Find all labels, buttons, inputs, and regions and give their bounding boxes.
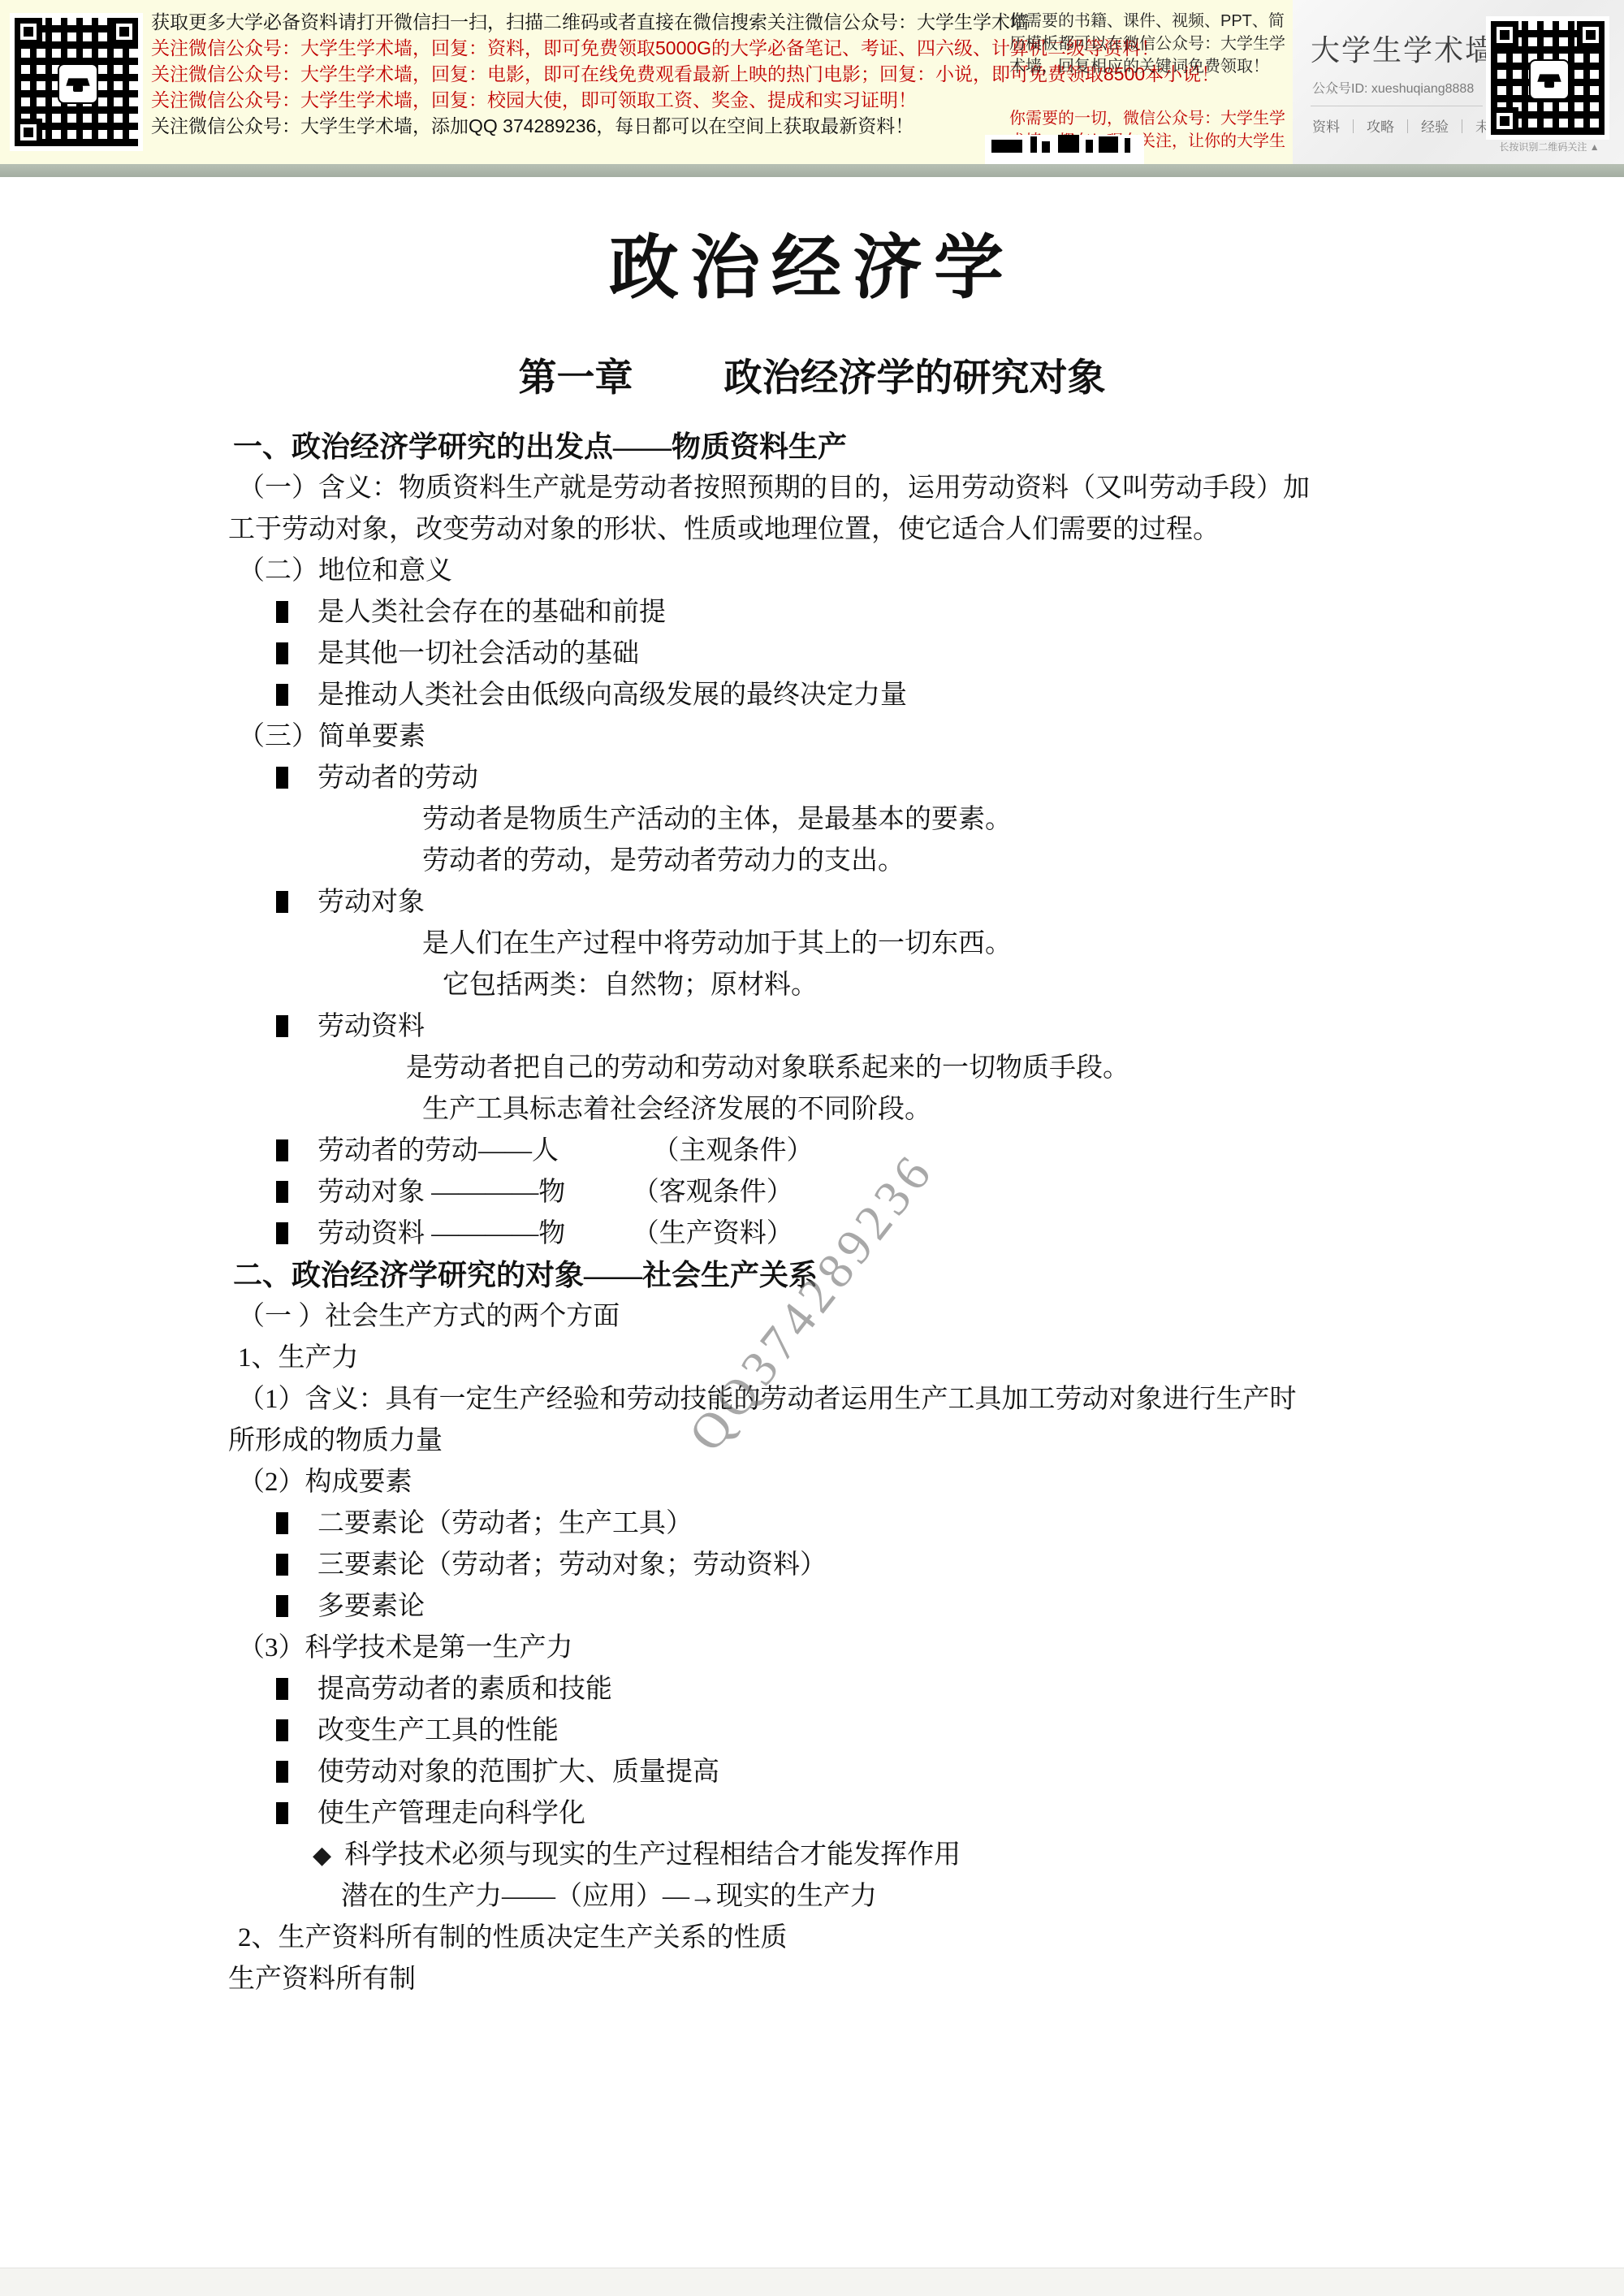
doc-line: （1）含义：具有一定生产经验和劳动技能的劳动者运用生产工具加工劳动对象进行生产时 (238, 1379, 1624, 1420)
doc-line: 一、政治经济学研究的出发点——物质资料生产 (233, 426, 1624, 468)
bullet-square-icon (276, 684, 288, 706)
doc-line-text: 所形成的物质力量 (228, 1426, 443, 1455)
card-footer-items: 资料｜攻略｜经验｜未来 (1312, 115, 1503, 136)
ad-banner: 获取更多大学必备资料请打开微信扫一扫，扫描二维码或者直接在微信搜索关注微信公众号… (0, 0, 1624, 164)
doc-line: （三）简单要素 (238, 716, 1624, 758)
doc-line-text: （二）地位和意义 (238, 556, 452, 586)
doc-line-text: （一）含义：物质资料生产就是劳动者按照预期的目的，运用劳动资料（又叫劳动手段）加 (238, 473, 1310, 503)
bullet-square-icon (276, 1554, 288, 1576)
doc-line-text: 劳动对象 (317, 888, 425, 917)
doc-line-text: 一、政治经济学研究的出发点——物质资料生产 (233, 430, 847, 463)
doc-line: 多要素论 (276, 1586, 1624, 1628)
doc-line-text: 劳动者的劳动，是劳动者劳动力的支出。 (422, 846, 905, 876)
doc-line-text: 是人类社会存在的基础和前提 (317, 598, 666, 627)
doc-line-text: 劳动资料 ————物 （生产资料） (317, 1219, 793, 1248)
doc-line: 是人们在生产过程中将劳动加于其上的一切东西。 (422, 923, 1624, 965)
bullet-square-icon (276, 1015, 288, 1037)
banner-line: 关注微信公众号：大学生学术墙，添加QQ 374289236，每日都可以在空间上获… (151, 113, 736, 139)
bullet-square-icon (276, 1139, 288, 1161)
doc-line-text: 提高劳动者的素质和技能 (317, 1675, 612, 1704)
chapter-number: 第一章 (519, 357, 633, 400)
bullet-square-icon (276, 1595, 288, 1617)
doc-line: 所形成的物质力量 (228, 1420, 1624, 1462)
doc-line-text: 三要素论（劳动者；劳动对象；劳动资料） (317, 1550, 827, 1580)
document-body: 一、政治经济学研究的出发点——物质资料生产（一）含义：物质资料生产就是劳动者按照… (0, 426, 1624, 2000)
card-divider (1311, 106, 1483, 106)
doc-line: （一）含义：物质资料生产就是劳动者按照预期的目的，运用劳动资料（又叫劳动手段）加 (238, 468, 1624, 509)
bullet-square-icon (276, 891, 288, 913)
doc-line-text: 2、生产资料所有制的性质决定生产关系的性质 (238, 1923, 788, 1952)
doc-line-text: 生产工具标志着社会经济发展的不同阶段。 (422, 1095, 931, 1124)
left-qr-code (10, 13, 143, 151)
doc-line-text: （一 ）社会生产方式的两个方面 (238, 1302, 620, 1331)
diamond-bullet-icon: ◆ (313, 1835, 331, 1876)
banner-middle-paragraph: 你需要的书籍、课件、视频、PPT、简历模板都可以在微信公众号：大学生学术墙，回复… (1009, 10, 1289, 78)
doc-line: 它包括两类：自然物；原材料。 (443, 965, 1624, 1006)
doc-line: 二要素论（劳动者；生产工具） (276, 1503, 1624, 1545)
doc-line-text: 劳动者的劳动——人 （主观条件） (317, 1136, 814, 1165)
graduation-cap-logo-icon (58, 63, 98, 104)
chapter-heading: 第一章政治经济学的研究对象 (0, 348, 1624, 402)
footer-item: 资料 (1312, 119, 1340, 135)
doc-line-text: 是其他一切社会活动的基础 (317, 639, 639, 668)
doc-line-text: （3）科学技术是第一生产力 (238, 1633, 573, 1663)
doc-line-text: （2）构成要素 (238, 1468, 412, 1497)
doc-line-text: 科学技术必须与现实的生产过程相结合才能发挥作用 (344, 1840, 961, 1870)
doc-line-text: 劳动资料 (317, 1012, 425, 1041)
footer-separator: ｜ (1340, 119, 1367, 135)
doc-line: 1、生产力 (238, 1338, 1624, 1379)
doc-line-text: （三）简单要素 (238, 722, 425, 751)
doc-line: 潜在的生产力——（应用）—→现实的生产力 (341, 1876, 1624, 1918)
doc-line: 提高劳动者的素质和技能 (276, 1669, 1624, 1710)
doc-line-text: 劳动者的劳动 (317, 763, 478, 793)
bullet-square-icon (276, 1222, 288, 1244)
doc-line: 使生产管理走向科学化 (276, 1793, 1624, 1835)
qr-pattern-icon (1491, 21, 1605, 135)
doc-line: 劳动对象 (276, 882, 1624, 923)
bullet-square-icon (276, 1678, 288, 1700)
doc-line: 三要素论（劳动者；劳动对象；劳动资料） (276, 1545, 1624, 1586)
doc-line-text: 是劳动者把自己的劳动和劳动对象联系起来的一切物质手段。 (406, 1053, 1129, 1083)
qr-pattern-icon (15, 18, 138, 146)
doc-line-text: 工于劳动对象，改变劳动对象的形状、性质或地理位置，使它适合人们需要的过程。 (228, 515, 1220, 544)
doc-line: 是劳动者把自己的劳动和劳动对象联系起来的一切物质手段。 (406, 1048, 1624, 1089)
bullet-square-icon (276, 642, 288, 664)
document-title: 政治经济学 (0, 211, 1624, 312)
doc-line: 劳动者的劳动，是劳动者劳动力的支出。 (422, 841, 1624, 882)
doc-line-text: 多要素论 (317, 1592, 425, 1621)
screenshot-root: 获取更多大学必备资料请打开微信扫一扫，扫描二维码或者直接在微信搜索关注微信公众号… (0, 0, 1624, 2296)
doc-line: （3）科学技术是第一生产力 (238, 1628, 1624, 1669)
footer-separator: ｜ (1449, 119, 1475, 135)
doc-line: 是其他一切社会活动的基础 (276, 633, 1624, 675)
qr-caption: 长按识别二维码关注 ▲ (1492, 140, 1606, 153)
document-page: 政治经济学 第一章政治经济学的研究对象 一、政治经济学研究的出发点——物质资料生… (0, 177, 1624, 2296)
doc-line-text: 使劳动对象的范围扩大、质量提高 (317, 1758, 719, 1787)
doc-line: 生产工具标志着社会经济发展的不同阶段。 (422, 1089, 1624, 1131)
doc-line: 工于劳动对象，改变劳动对象的形状、性质或地理位置，使它适合人们需要的过程。 (228, 509, 1624, 551)
bullet-square-icon (276, 1512, 288, 1534)
doc-line: 是人类社会存在的基础和前提 (276, 592, 1624, 633)
doc-line: ◆科学技术必须与现实的生产过程相结合才能发挥作用 (313, 1835, 1624, 1876)
footer-item: 攻略 (1367, 119, 1394, 135)
bullet-square-icon (276, 1719, 288, 1741)
banner-line: 关注微信公众号：大学生学术墙，回复：校园大使，即可领取工资、奖金、提成和实习证明… (151, 87, 736, 113)
right-qr-code (1486, 16, 1609, 140)
window-background-strip (0, 164, 1624, 177)
chapter-title: 政治经济学的研究对象 (724, 357, 1106, 400)
account-card-title: 大学生学术墙 (1311, 28, 1484, 69)
graduation-cap-logo-icon (1529, 59, 1570, 100)
doc-line: 2、生产资料所有制的性质决定生产关系的性质 (238, 1918, 1624, 1959)
doc-line-text: 它包括两类：自然物；原材料。 (443, 971, 818, 1000)
bullet-square-icon (276, 767, 288, 789)
doc-line: （2）构成要素 (238, 1462, 1624, 1503)
doc-line-text: 二要素论（劳动者；生产工具） (317, 1509, 693, 1538)
doc-line-text: 是人们在生产过程中将劳动加于其上的一切东西。 (422, 929, 1012, 958)
footer-item: 经验 (1421, 119, 1449, 135)
doc-line: （二）地位和意义 (238, 551, 1624, 592)
doc-line-text: 二、政治经济学研究的对象——社会生产关系 (233, 1259, 818, 1291)
doc-line-text: （1）含义：具有一定生产经验和劳动技能的劳动者运用生产工具加工劳动对象进行生产时 (238, 1385, 1297, 1414)
footer-separator: ｜ (1394, 119, 1421, 135)
account-card-id: 公众号ID: xueshuqiang8888 (1312, 78, 1474, 97)
doc-line: 劳动者的劳动——人 （主观条件） (276, 1131, 1624, 1172)
doc-line: 改变生产工具的性能 (276, 1710, 1624, 1752)
doc-line: 是推动人类社会由低级向高级发展的最终决定力量 (276, 675, 1624, 716)
doc-line: 劳动者的劳动 (276, 758, 1624, 799)
banner-line: 获取更多大学必备资料请打开微信扫一扫，扫描二维码或者直接在微信搜索关注微信公众号… (151, 9, 736, 35)
doc-line: 使劳动对象的范围扩大、质量提高 (276, 1752, 1624, 1793)
doc-line-text: 劳动对象 ————物 （客观条件） (317, 1178, 793, 1207)
page-bottom-band (0, 2268, 1624, 2296)
doc-line-text: 是推动人类社会由低级向高级发展的最终决定力量 (317, 681, 907, 710)
doc-line-text: 改变生产工具的性能 (317, 1716, 559, 1745)
doc-line-text: 潜在的生产力——（应用）—→现实的生产力 (341, 1882, 877, 1911)
bullet-square-icon (276, 1802, 288, 1824)
bullet-square-icon (276, 601, 288, 623)
doc-line: 劳动者是物质生产活动的主体，是最基本的要素。 (422, 799, 1624, 841)
bullet-square-icon (276, 1181, 288, 1203)
doc-line-text: 1、生产力 (238, 1343, 359, 1373)
doc-line: 二、政治经济学研究的对象——社会生产关系 (233, 1255, 1624, 1296)
doc-line: 劳动对象 ————物 （客观条件） (276, 1172, 1624, 1213)
bullet-square-icon (276, 1761, 288, 1783)
doc-line-text: 生产资料所有制 (228, 1965, 416, 1994)
banner-line: 关注微信公众号：大学生学术墙，回复：电影，即可在线免费观看最新上映的热门电影；回… (151, 61, 736, 87)
doc-line: 劳动资料 ————物 （生产资料） (276, 1213, 1624, 1255)
doc-line: 劳动资料 (276, 1006, 1624, 1048)
doc-line-text: 使生产管理走向科学化 (317, 1799, 585, 1828)
banner-text-block: 获取更多大学必备资料请打开微信扫一扫，扫描二维码或者直接在微信搜索关注微信公众号… (151, 9, 736, 139)
banner-line: 关注微信公众号：大学生学术墙，回复：资料，即可免费领取5000G的大学必备笔记、… (151, 35, 736, 61)
doc-line: 生产资料所有制 (228, 1959, 1624, 2000)
doc-line: （一 ）社会生产方式的两个方面 (238, 1296, 1624, 1338)
doc-line-text: 劳动者是物质生产活动的主体，是最基本的要素。 (422, 805, 1012, 834)
